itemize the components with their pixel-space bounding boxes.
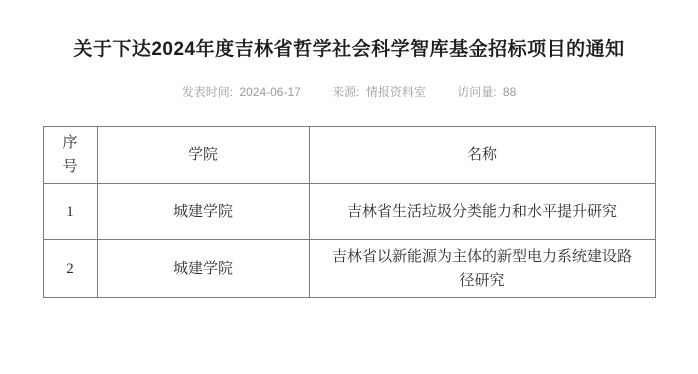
header-cell-name: 名称 xyxy=(309,127,655,184)
cell-name: 吉林省生活垃圾分类能力和水平提升研究 xyxy=(309,184,655,240)
header-cell-no: 序号 xyxy=(43,127,97,184)
table-row: 1 城建学院 吉林省生活垃圾分类能力和水平提升研究 xyxy=(43,184,655,240)
publish-time: 发表时间: 2024-06-17 xyxy=(182,85,301,100)
publish-time-value: 2024-06-17 xyxy=(239,85,300,99)
source-value: 情报资料室 xyxy=(366,85,426,99)
cell-no: 1 xyxy=(43,184,97,240)
cell-no: 2 xyxy=(43,240,97,298)
cell-name: 吉林省以新能源为主体的新型电力系统建设路径研究 xyxy=(309,240,655,298)
view-count-value: 88 xyxy=(503,85,516,99)
table-row: 2 城建学院 吉林省以新能源为主体的新型电力系统建设路径研究 xyxy=(43,240,655,298)
header-cell-college: 学院 xyxy=(97,127,309,184)
view-count: 访问量: 88 xyxy=(457,85,516,100)
cell-college: 城建学院 xyxy=(97,184,309,240)
table-header-row: 序号 学院 名称 xyxy=(43,127,655,184)
cell-college: 城建学院 xyxy=(97,240,309,298)
meta-bar: 发表时间: 2024-06-17 来源: 情报资料室 访问量: 88 xyxy=(0,85,698,100)
source: 来源: 情报资料室 xyxy=(332,85,426,100)
projects-table: 序号 学院 名称 1 城建学院 吉林省生活垃圾分类能力和水平提升研究 2 城建学… xyxy=(43,126,656,298)
source-label: 来源: xyxy=(332,85,359,99)
page-title: 关于下达2024年度吉林省哲学社会科学智库基金招标项目的通知 xyxy=(0,0,698,62)
publish-time-label: 发表时间: xyxy=(182,85,233,99)
notice-page: 关于下达2024年度吉林省哲学社会科学智库基金招标项目的通知 发表时间: 202… xyxy=(0,0,698,374)
view-count-label: 访问量: xyxy=(457,85,496,99)
